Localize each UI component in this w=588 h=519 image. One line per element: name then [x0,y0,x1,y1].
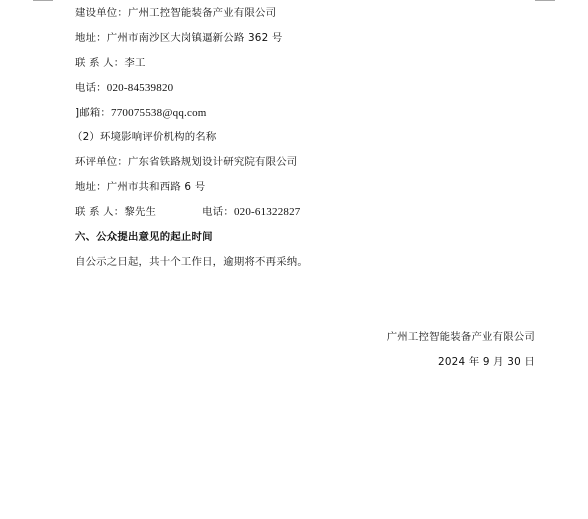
phone-label: 电话： [202,206,234,218]
signature-company: 广州工控智能装备产业有限公司 [387,330,535,344]
email-address: 770075538@qq.com [111,107,207,119]
construction-contact-line: 联 系 人：李工 [75,56,146,70]
construction-email-line: ]邮箱：770075538@qq.com [75,106,207,120]
construction-address-line: 地址：广州市南沙区大岗镇逼新公路 362 号 [75,31,282,45]
page-corner-mark-right [535,0,555,1]
section-six-body: 自公示之日起，共十个工作日，逾期将不再采纳。 [75,255,308,269]
contact-name: 李工 [124,57,145,69]
page-corner-mark-left [33,0,53,1]
eia-section-title: （2）环境影响评价机构的名称 [72,130,217,144]
construction-phone-line: 电话：020-84539820 [75,81,173,95]
eia-address-line: 地址：广州市共和西路 6 号 [75,180,205,194]
phone-number: 020-61322827 [234,206,301,218]
eia-contact-line: 联 系 人：黎先生电话：020-61322827 [75,205,301,219]
email-label: ]邮箱： [75,107,111,119]
eia-unit-line: 环评单位：广东省铁路规划设计研究院有限公司 [75,155,297,169]
contact-name: 黎先生 [124,206,156,218]
construction-unit-line: 建设单位：广州工控智能装备产业有限公司 [75,6,276,20]
phone-label: 电话： [75,82,107,94]
section-six-heading: 六、公众提出意见的起止时间 [75,230,213,244]
phone-number: 020-84539820 [107,82,174,94]
signature-date: 2024 年 9 月 30 日 [438,355,535,369]
contact-label: 联 系 人： [75,206,124,218]
contact-label: 联 系 人： [75,57,124,69]
